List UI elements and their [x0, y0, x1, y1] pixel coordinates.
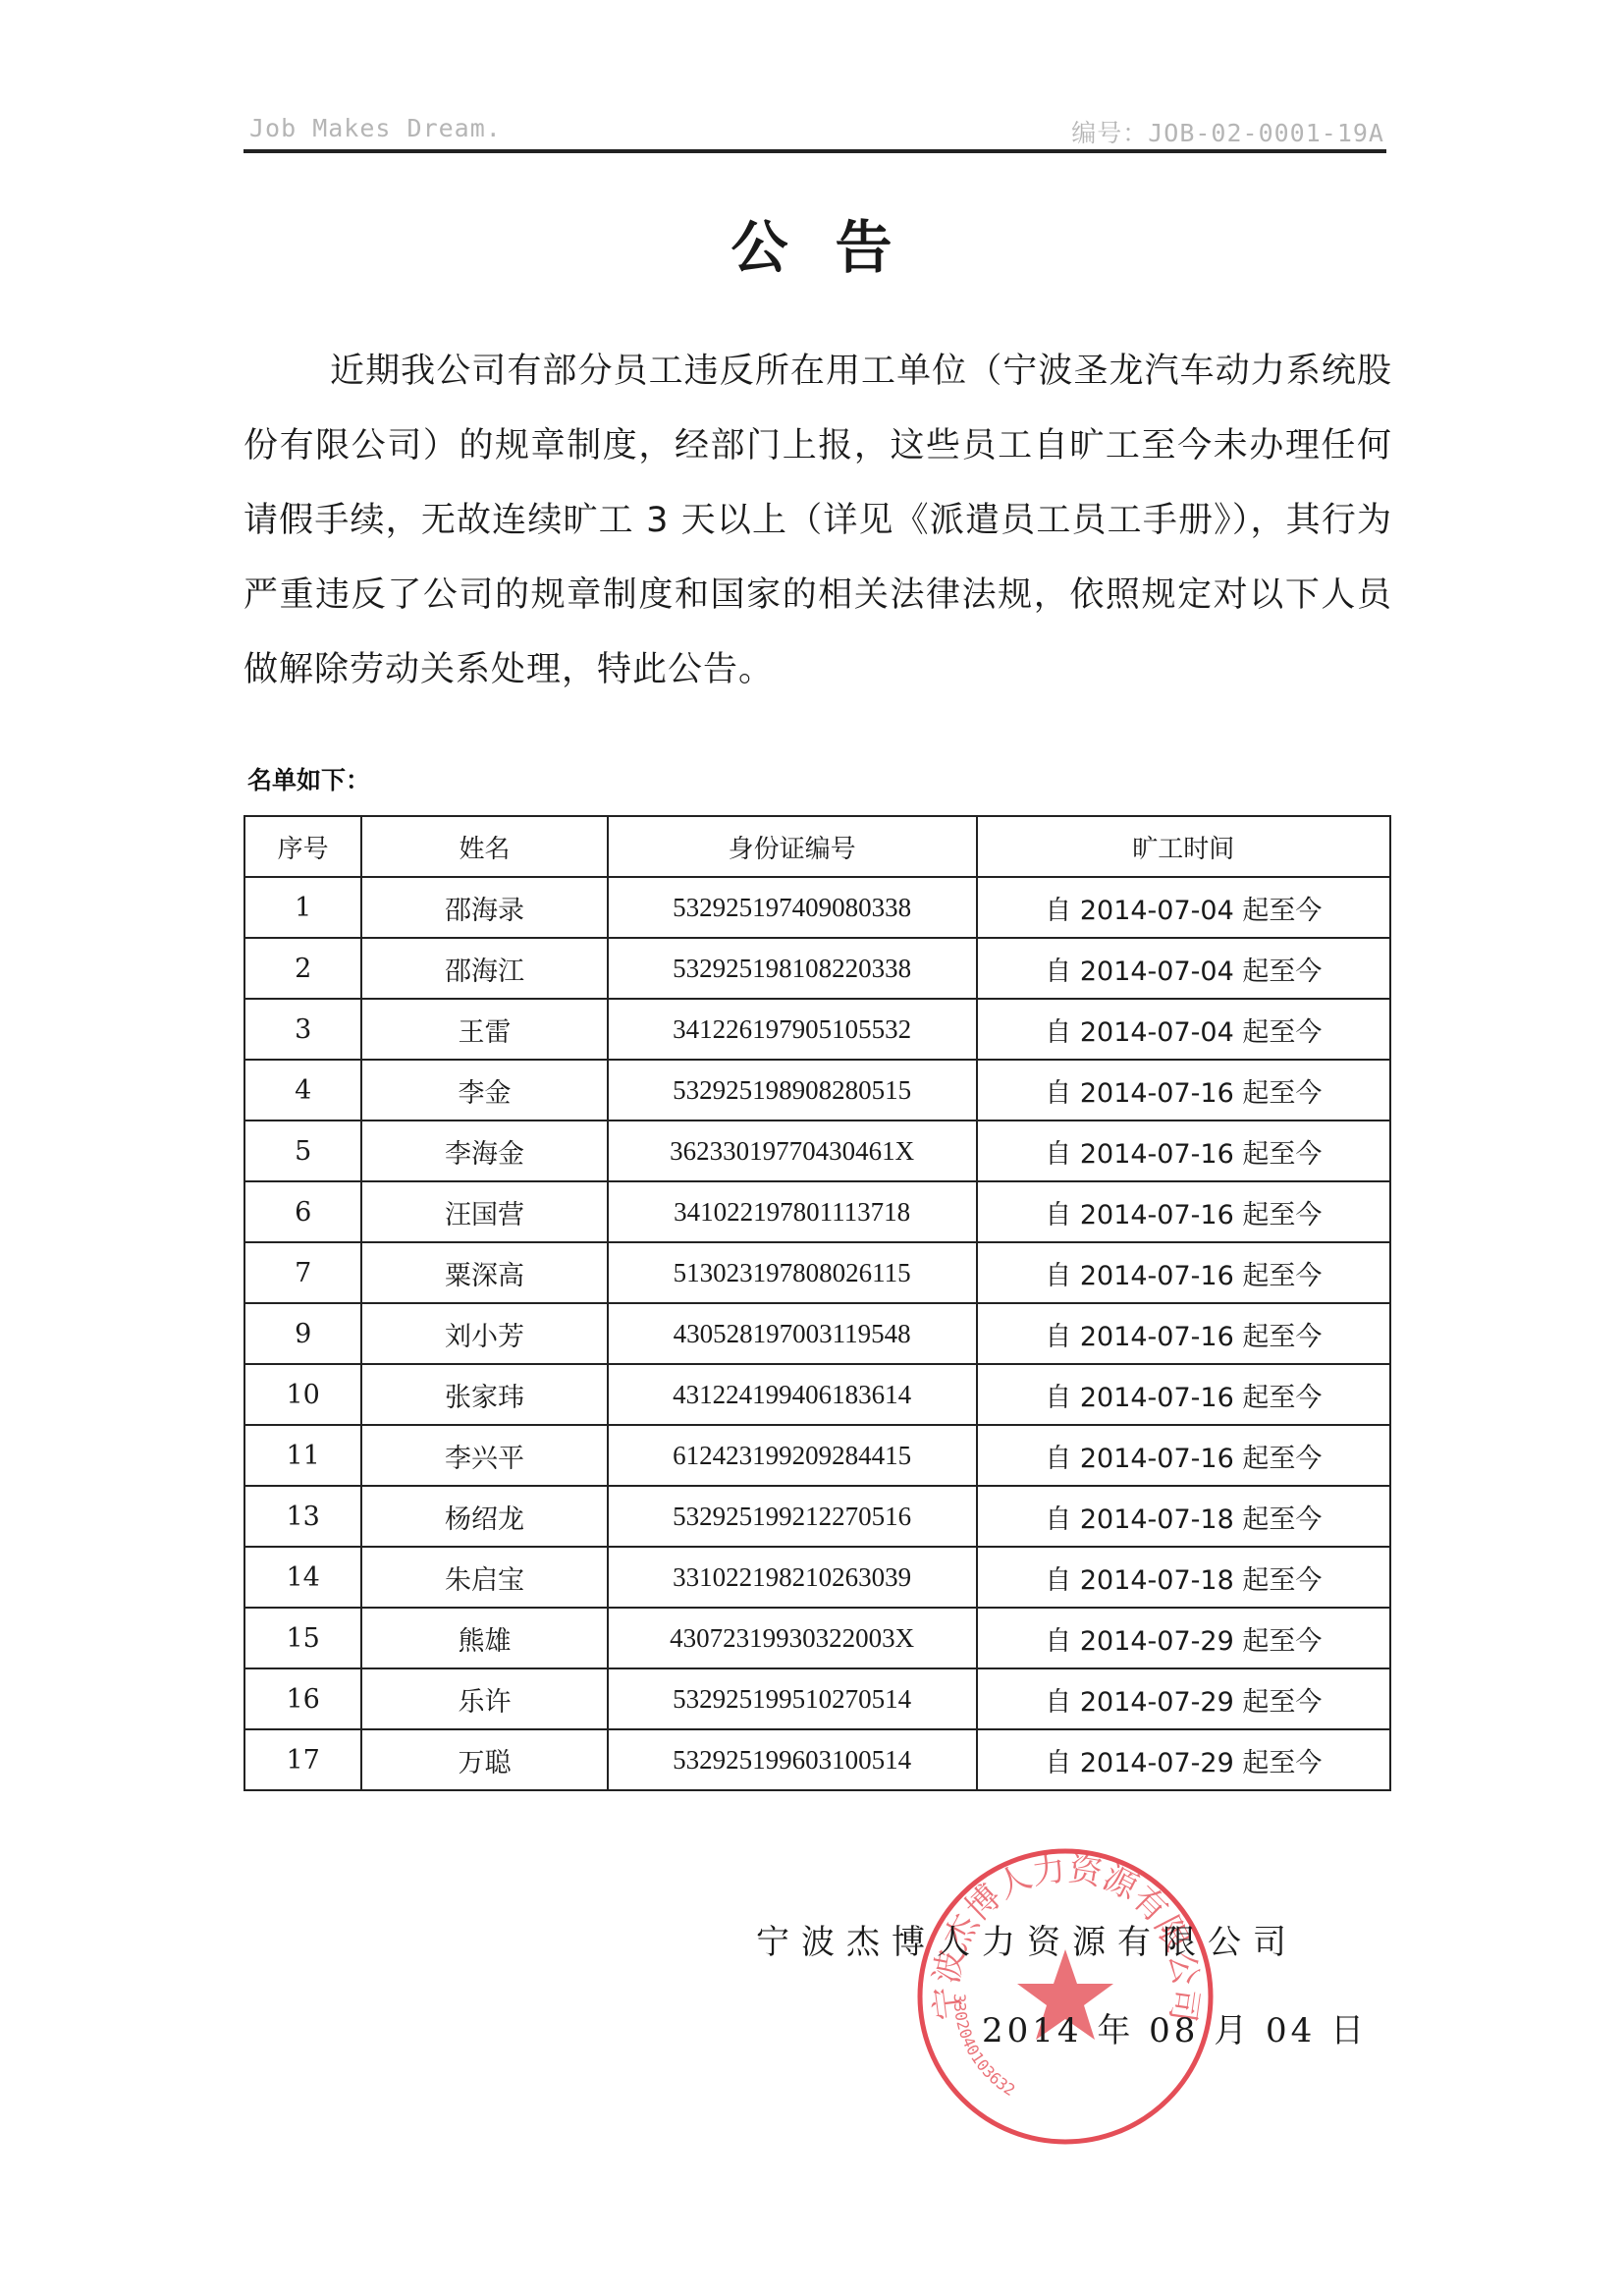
- id-number-cell: 532925199510270514: [608, 1668, 977, 1729]
- table-header-row: 序号 姓名 身份证编号 旷工时间: [244, 816, 1390, 877]
- name-cell: 粟深高: [361, 1242, 607, 1303]
- absence-period-cell: 自 2014-07-04 起至今: [977, 999, 1390, 1060]
- table-row: 9刘小芳430528197003119548自 2014-07-16 起至今: [244, 1303, 1390, 1364]
- absence-period-cell: 自 2014-07-04 起至今: [977, 877, 1390, 938]
- absence-period-cell: 自 2014-07-18 起至今: [977, 1486, 1390, 1547]
- serial-cell: 6: [244, 1181, 361, 1242]
- serial-cell: 5: [244, 1121, 361, 1181]
- absence-period-cell: 自 2014-07-18 起至今: [977, 1547, 1390, 1608]
- id-number-cell: 513023197808026115: [608, 1242, 977, 1303]
- id-number-cell: 532925197409080338: [608, 877, 977, 938]
- table-row: 17万聪532925199603100514自 2014-07-29 起至今: [244, 1729, 1390, 1790]
- notice-body: 近期我公司有部分员工违反所在用工单位（宁波圣龙汽车动力系统股份有限公司）的规章制…: [243, 334, 1392, 707]
- name-cell: 王雷: [361, 999, 607, 1060]
- absence-period-cell: 自 2014-07-29 起至今: [977, 1729, 1390, 1790]
- name-cell: 张家玮: [361, 1364, 607, 1425]
- header-id-number: 身份证编号: [608, 816, 977, 877]
- id-number-cell: 532925199603100514: [608, 1729, 977, 1790]
- table-row: 15熊雄43072319930322003X自 2014-07-29 起至今: [244, 1608, 1390, 1668]
- id-number-cell: 612423199209284415: [608, 1425, 977, 1486]
- serial-cell: 15: [244, 1608, 361, 1668]
- name-cell: 邵海江: [361, 938, 607, 999]
- serial-cell: 13: [244, 1486, 361, 1547]
- name-cell: 乐许: [361, 1668, 607, 1729]
- page-header: Job Makes Dream. 编号：JOB-02-0001-19A: [243, 110, 1386, 153]
- absence-period-cell: 自 2014-07-16 起至今: [977, 1060, 1390, 1121]
- serial-cell: 4: [244, 1060, 361, 1121]
- company-signature: 宁波杰博人力资源有限公司: [756, 1915, 1298, 1963]
- table-row: 10张家玮431224199406183614自 2014-07-16 起至今: [244, 1364, 1390, 1425]
- table-row: 5李海金36233019770430461X自 2014-07-16 起至今: [244, 1121, 1390, 1181]
- header-slogan: Job Makes Dream.: [249, 114, 502, 142]
- absence-period-cell: 自 2014-07-16 起至今: [977, 1364, 1390, 1425]
- name-cell: 李海金: [361, 1121, 607, 1181]
- table-row: 11李兴平612423199209284415自 2014-07-16 起至今: [244, 1425, 1390, 1486]
- id-number-cell: 430528197003119548: [608, 1303, 977, 1364]
- header-name: 姓名: [361, 816, 607, 877]
- signature-date: 2014 年 08 月 04 日: [982, 2003, 1368, 2051]
- absence-period-cell: 自 2014-07-29 起至今: [977, 1608, 1390, 1668]
- absence-period-cell: 自 2014-07-29 起至今: [977, 1668, 1390, 1729]
- serial-cell: 3: [244, 999, 361, 1060]
- absence-period-cell: 自 2014-07-16 起至今: [977, 1425, 1390, 1486]
- table-row: 6汪国营341022197801113718自 2014-07-16 起至今: [244, 1181, 1390, 1242]
- name-cell: 邵海录: [361, 877, 607, 938]
- id-number-cell: 431224199406183614: [608, 1364, 977, 1425]
- id-number-cell: 532925198908280515: [608, 1060, 977, 1121]
- company-seal-icon: 宁波杰博人力资源有限公司 3302040103632: [915, 1846, 1216, 2147]
- table-row: 13杨绍龙532925199212270516自 2014-07-18 起至今: [244, 1486, 1390, 1547]
- id-number-cell: 532925198108220338: [608, 938, 977, 999]
- serial-cell: 16: [244, 1668, 361, 1729]
- table-row: 2邵海江532925198108220338自 2014-07-04 起至今: [244, 938, 1390, 999]
- serial-cell: 7: [244, 1242, 361, 1303]
- id-number-cell: 36233019770430461X: [608, 1121, 977, 1181]
- table-row: 1邵海录532925197409080338自 2014-07-04 起至今: [244, 877, 1390, 938]
- table-row: 16乐许532925199510270514自 2014-07-29 起至今: [244, 1668, 1390, 1729]
- table-row: 14朱启宝331022198210263039自 2014-07-18 起至今: [244, 1547, 1390, 1608]
- absence-period-cell: 自 2014-07-04 起至今: [977, 938, 1390, 999]
- name-cell: 万聪: [361, 1729, 607, 1790]
- absence-period-cell: 自 2014-07-16 起至今: [977, 1181, 1390, 1242]
- id-number-cell: 341226197905105532: [608, 999, 977, 1060]
- table-row: 7粟深高513023197808026115自 2014-07-16 起至今: [244, 1242, 1390, 1303]
- serial-cell: 14: [244, 1547, 361, 1608]
- id-number-cell: 341022197801113718: [608, 1181, 977, 1242]
- name-cell: 李兴平: [361, 1425, 607, 1486]
- id-number-cell: 532925199212270516: [608, 1486, 977, 1547]
- serial-cell: 17: [244, 1729, 361, 1790]
- name-cell: 李金: [361, 1060, 607, 1121]
- table-row: 4李金532925198908280515自 2014-07-16 起至今: [244, 1060, 1390, 1121]
- name-cell: 汪国营: [361, 1181, 607, 1242]
- serial-cell: 11: [244, 1425, 361, 1486]
- document-number: 编号：JOB-02-0001-19A: [1071, 114, 1384, 149]
- notice-title: 公告: [0, 201, 1623, 284]
- name-cell: 熊雄: [361, 1608, 607, 1668]
- id-number-cell: 331022198210263039: [608, 1547, 977, 1608]
- absence-period-cell: 自 2014-07-16 起至今: [977, 1121, 1390, 1181]
- serial-cell: 2: [244, 938, 361, 999]
- serial-cell: 1: [244, 877, 361, 938]
- name-cell: 刘小芳: [361, 1303, 607, 1364]
- name-cell: 朱启宝: [361, 1547, 607, 1608]
- name-cell: 杨绍龙: [361, 1486, 607, 1547]
- dismissal-table: 序号 姓名 身份证编号 旷工时间 1邵海录532925197409080338自…: [243, 815, 1391, 1791]
- header-serial: 序号: [244, 816, 361, 877]
- serial-cell: 9: [244, 1303, 361, 1364]
- absence-period-cell: 自 2014-07-16 起至今: [977, 1303, 1390, 1364]
- header-absence-period: 旷工时间: [977, 816, 1390, 877]
- serial-cell: 10: [244, 1364, 361, 1425]
- list-label: 名单如下：: [247, 761, 370, 796]
- absence-period-cell: 自 2014-07-16 起至今: [977, 1242, 1390, 1303]
- table-row: 3王雷341226197905105532自 2014-07-04 起至今: [244, 999, 1390, 1060]
- id-number-cell: 43072319930322003X: [608, 1608, 977, 1668]
